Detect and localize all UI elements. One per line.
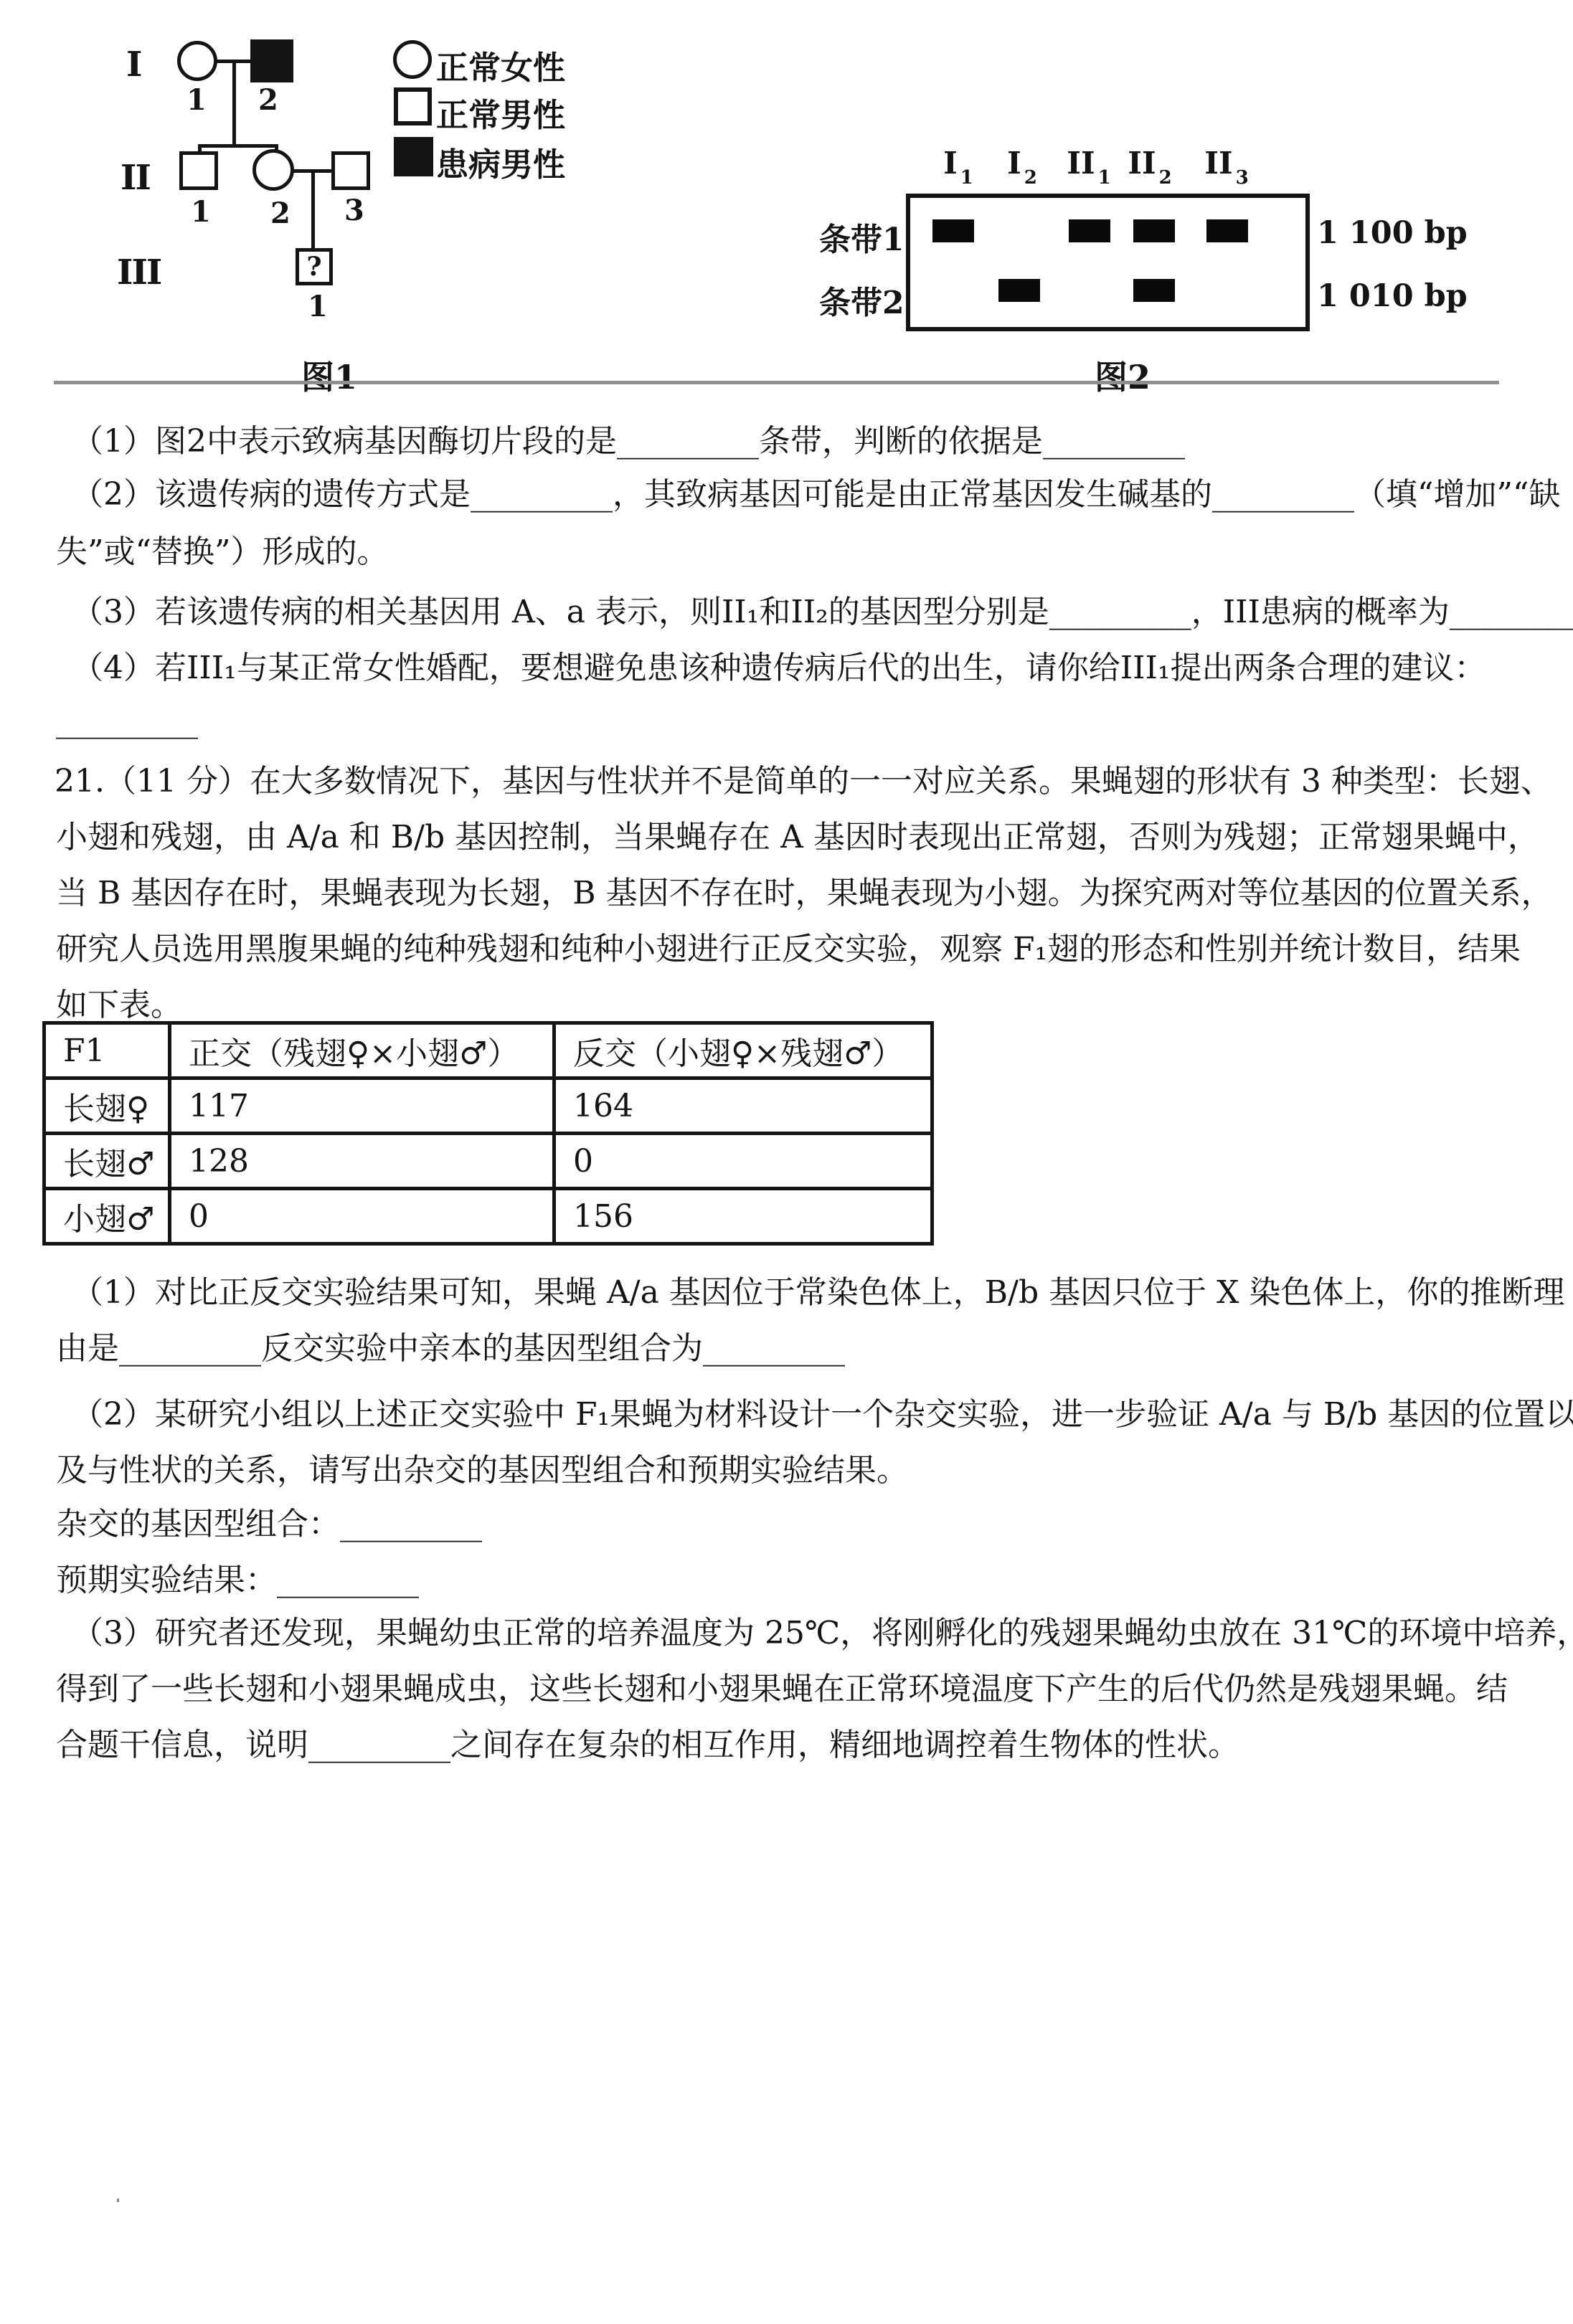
lane-sub: 1 [1098, 167, 1111, 189]
pedigree-individual-III1-query-square: ? [296, 248, 333, 285]
legend-circle-symbol [393, 40, 432, 79]
descent-line-II [311, 173, 315, 250]
q21-intro-line-2: 小翅和残翅，由 A/a 和 B/b 基因控制，当果蝇存在 A 基因时表现出正常翅… [56, 817, 1539, 858]
descent-line-I [232, 62, 236, 146]
figure1-caption: 图1 [301, 351, 357, 399]
lane-roman: II [1067, 146, 1095, 181]
legend-label-affected-male: 患病男性 [436, 138, 565, 185]
pedigree-individual-II2-circle [252, 149, 294, 191]
gel-band-row2-lane2 [998, 279, 1040, 302]
q21-line-2: 由是_________反交实验中亲本的基因型组合为_________ [56, 1329, 845, 1369]
q20-line-3: 失”或“替换”）形成的。 [56, 532, 388, 572]
exam-page: I II III 1 2 1 2 3 ? 1 正常女性 正常男性 患病男性 图1… [0, 0, 1573, 2324]
gel-size-label-1100bp: 1 100 bp [1317, 215, 1468, 251]
pedigree-num-I1: 1 [186, 83, 207, 117]
lane-sub: 2 [1024, 167, 1037, 189]
gel-band-row1-lane3 [1069, 219, 1110, 242]
generation-label-I: I [126, 44, 141, 85]
gel-size-label-1010bp: 1 010 bp [1317, 278, 1468, 314]
pedigree-num-II3: 3 [344, 194, 364, 227]
legend-label-normal-female: 正常女性 [436, 42, 565, 88]
gel-band-row1-lane5 [1206, 219, 1248, 242]
q21-line-7: （3）研究者还发现，果蝇幼虫正常的培养温度为 25℃，将刚孵化的残翅果蝇幼虫放在… [72, 1613, 1573, 1654]
lane-sub: 1 [960, 167, 973, 189]
table-header-row: F1 正交（残翅♀×小翅♂） 反交（小翅♀×残翅♂） [44, 1023, 932, 1078]
table-header-f1: F1 [44, 1023, 170, 1078]
pedigree-individual-I2-affected-square [250, 39, 293, 82]
q21-intro-line-5: 如下表。 [56, 985, 182, 1025]
pedigree-num-II1: 1 [191, 195, 211, 229]
generation-label-III: III [117, 252, 161, 293]
cell-reverse-value: 156 [554, 1189, 932, 1244]
q20-line-2: （2）该遗传病的遗传方式是_________，其致病基因可能是由正常基因发生碱基… [72, 475, 1560, 515]
legend-square-symbol [394, 87, 432, 125]
cell-forward-value: 128 [170, 1134, 554, 1189]
q20-blank-line: _________ [56, 701, 198, 741]
gel-lane-label-I2: I2 [1007, 146, 1034, 181]
gel-lane-label-II2: II2 [1128, 146, 1168, 181]
pedigree-num-I2: 2 [258, 83, 278, 117]
lane-roman: I [1007, 146, 1021, 181]
q21-intro-line-4: 研究人员选用黑腹果蝇的纯种残翅和纯种小翅进行正反交实验，观察 F₁翅的形态和性别… [56, 929, 1521, 969]
gel-band-row1-lane1 [932, 219, 974, 242]
cell-forward-value: 117 [170, 1078, 554, 1134]
lane-sub: 2 [1159, 167, 1172, 189]
table-header-reverse: 反交（小翅♀×残翅♂） [554, 1023, 932, 1078]
f1-cross-results-table: F1 正交（残翅♀×小翅♂） 反交（小翅♀×残翅♂） 长翅♀ 117 164 长… [42, 1021, 934, 1246]
gel-lane-label-I1: I1 [943, 146, 970, 181]
table-row: 长翅♀ 117 164 [44, 1078, 932, 1134]
q20-line-1: （1）图2中表示致病基因酶切片段的是_________条带，判断的依据是____… [72, 422, 1185, 462]
q21-line-3: （2）某研究小组以上述正交实验中 F₁果蝇为材料设计一个杂交实验，进一步验证 A… [72, 1395, 1573, 1435]
sibling-bar-II [198, 144, 278, 148]
gel-lane-label-II3: II3 [1204, 146, 1245, 181]
q21-line-5: 杂交的基因型组合：_________ [56, 1504, 482, 1545]
table-row: 长翅♂ 128 0 [44, 1134, 932, 1189]
q21-line-1: （1）对比正反交实验结果可知，果蝇 A/a 基因位于常染色体上，B/b 基因只位… [72, 1273, 1564, 1313]
scan-artifact-speck [117, 2199, 119, 2202]
q21-line-9: 合题干信息，说明_________之间存在复杂的相互作用，精细地调控着生物体的性… [56, 1725, 1239, 1765]
cell-reverse-value: 0 [554, 1134, 932, 1189]
gel-band-row2-lane4 [1133, 279, 1175, 302]
gel-box [906, 194, 1310, 331]
gel-band1-label: 条带1 [819, 214, 904, 260]
q21-intro-line-3: 当 B 基因存在时，果蝇表现为长翅，B 基因不存在时，果蝇表现为小翅。为探究两对… [56, 873, 1553, 914]
q21-line-4: 及与性状的关系，请写出杂交的基因型组合和预期实验结果。 [56, 1451, 908, 1491]
gel-lane-label-II1: II1 [1067, 146, 1107, 181]
row-label-small-wing-male: 小翅♂ [44, 1189, 170, 1244]
generation-label-II: II [121, 158, 150, 198]
q21-intro-line-1: 21.（11 分）在大多数情况下，基因与性状并不是简单的一一对应关系。果蝇翅的形… [55, 762, 1552, 802]
row-label-long-wing-male: 长翅♂ [44, 1134, 170, 1189]
table-row: 小翅♂ 0 156 [44, 1189, 932, 1244]
pedigree-num-II2: 2 [270, 196, 290, 230]
pedigree-individual-II1-square [179, 151, 218, 190]
q21-line-6: 预期实验结果：_________ [56, 1560, 419, 1600]
q21-line-8: 得到了一些长翅和小翅果蝇成虫，这些长翅和小翅果蝇在正常环境温度下产生的后代仍然是… [56, 1669, 1508, 1709]
row-label-long-wing-female: 长翅♀ [44, 1078, 170, 1134]
cell-forward-value: 0 [170, 1189, 554, 1244]
cell-reverse-value: 164 [554, 1078, 932, 1134]
lane-roman: II [1204, 146, 1232, 181]
pedigree-individual-I1-circle [177, 41, 217, 81]
lane-sub: 3 [1236, 167, 1249, 189]
gel-band-row1-lane4 [1133, 219, 1175, 242]
section-divider-line [54, 381, 1499, 384]
legend-filled-square-symbol [394, 137, 433, 176]
q20-line-4: （3）若该遗传病的相关基因用 A、a 表示，则II₁和II₂的基因型分别是___… [72, 592, 1573, 632]
lane-roman: II [1128, 146, 1156, 181]
q20-line-5: （4）若III₁与某正常女性婚配，要想避免患该种遗传病后代的出生，请你给III₁… [72, 648, 1486, 688]
legend-label-normal-male: 正常男性 [436, 89, 565, 136]
gel-band2-label: 条带2 [819, 277, 904, 323]
lane-roman: I [943, 146, 958, 181]
pedigree-num-III1: 1 [308, 290, 328, 323]
pedigree-individual-II3-square [331, 151, 370, 190]
figure2-caption: 图2 [1095, 351, 1151, 399]
table-header-forward: 正交（残翅♀×小翅♂） [170, 1023, 554, 1078]
